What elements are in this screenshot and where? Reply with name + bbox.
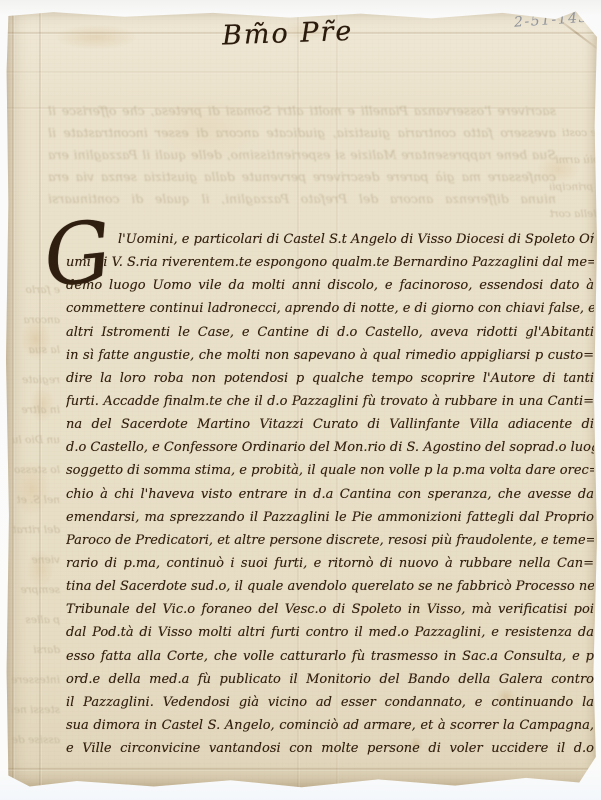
archival-number: 2-51-143: [514, 9, 595, 31]
bleedthrough-line: confessare ma già parere descrivere perv…: [48, 166, 556, 188]
bleedthrough-line: Sua bene rappresentare Malizie si esperi…: [48, 144, 556, 166]
fold-crease-horizontal-bottom: [6, 768, 597, 771]
fold-crease-horizontal-upper: [6, 71, 597, 74]
manuscript-line: emendarsi, ma sprezzando il Pazzaglini l…: [66, 506, 594, 529]
bleedthrough-line: niuna differenza ancora del Prefato Pazz…: [48, 188, 556, 210]
right-margin-bleedthrough: le costi più armi i principii della cort…: [550, 120, 600, 228]
manuscript-line: umi di V. S.ria riverentem.te espongono …: [66, 251, 594, 274]
margin-bleed-fragment: le costi: [550, 120, 600, 147]
manuscript-line: esso fatta alla Corte, che volle cattura…: [66, 645, 594, 668]
margin-bleed-fragment: più armi: [550, 147, 600, 174]
manuscript-line: Paroco de Predicatori, et altre persone …: [66, 529, 594, 552]
bleedthrough-line: sacrivere l'osservanza Pianelli e molti …: [48, 100, 556, 122]
manuscript-line: demo luogo Uomo vile da molti anni disco…: [66, 274, 594, 297]
manuscript-line: sua dimora in Castel S. Angelo, cominciò…: [66, 714, 594, 737]
margin-bleed-fragment: un Dio lui: [12, 425, 60, 455]
manuscript-body: l'Uomini, e particolari di Castel S.t An…: [66, 228, 594, 760]
margin-bleed-fragment: intessere: [12, 665, 60, 695]
margin-bleed-fragment: stessi nello: [12, 695, 60, 725]
margin-bleed-fragment: la sua: [12, 335, 60, 365]
manuscript-line: in sì fatte angustie, che molti non sape…: [66, 344, 594, 367]
manuscript-line: il Pazzaglini. Vedendosi già vicino ad e…: [66, 691, 594, 714]
margin-bleed-fragment: lo stesso: [12, 455, 60, 485]
margin-bleed-fragment: i principii: [550, 174, 600, 201]
salutation-heading: Bm̃o Pr̃e: [222, 16, 363, 52]
verso-bleedthrough-block: sacrivere l'osservanza Pianelli e molti …: [48, 100, 556, 210]
margin-bleed-fragment: assise delle: [12, 725, 60, 755]
margin-bleed-fragment: del ritratti: [12, 515, 60, 545]
manuscript-line: chio à chi l'haveva visto entrare in d.a…: [66, 483, 594, 506]
margin-bleed-fragment: viene: [12, 545, 60, 575]
margin-bleed-fragment: in altre: [12, 395, 60, 425]
manuscript-line: dal Pod.tà di Visso molti altri furti co…: [66, 621, 594, 644]
manuscript-line: e Ville circonvicine vantandosi con molt…: [66, 737, 594, 760]
manuscript-line: furti. Accadde finalm.te che il d.o Pazz…: [66, 390, 594, 413]
manuscript-line: l'Uomini, e particolari di Castel S.t An…: [66, 228, 594, 251]
manuscript-line: Tribunale del Vic.o foraneo del Vesc.o d…: [66, 598, 594, 621]
margin-bleed-fragment: sempre: [12, 575, 60, 605]
margin-bleed-fragment: nel S. et: [12, 485, 60, 515]
manuscript-line: commettere continui ladronecci, aprendo …: [66, 297, 594, 320]
manuscript-line: rario di p.ma, continuò i suoi furti, e …: [66, 552, 594, 575]
manuscript-line: altri Istromenti le Case, e Cantine di d…: [66, 321, 594, 344]
margin-bleed-fragment: p alles: [12, 605, 60, 635]
paper-sheet: Bm̃o Pr̃e 2-51-143 sacrivere l'osservanz…: [6, 9, 597, 788]
manuscript-line: soggetto di somma stima, e probità, il q…: [66, 459, 594, 482]
margin-bleed-fragment: regiate: [12, 365, 60, 395]
manuscript-line: tina del Sacerdote sud.o, il quale avend…: [66, 575, 594, 598]
margin-bleed-fragment: darsi: [12, 635, 60, 665]
manuscript-line: na del Sacerdote Martino Vitazzi Curato …: [66, 413, 594, 436]
margin-bleed-fragment: ancora: [12, 305, 60, 335]
manuscript-line: d.o Castello, e Confessore Ordinario del…: [66, 436, 594, 459]
margin-bleed-fragment: della corte: [550, 201, 600, 228]
manuscript-line: dire la loro roba non potendosi p qualch…: [66, 367, 594, 390]
left-margin-bleedthrough: e farlo ancora la sua regiate in altre u…: [12, 275, 60, 755]
manuscript-line: ord.e della med.a fù publicato il Monito…: [66, 668, 594, 691]
bleedthrough-line: avessero fatto contraria giustizia, giud…: [48, 122, 556, 144]
